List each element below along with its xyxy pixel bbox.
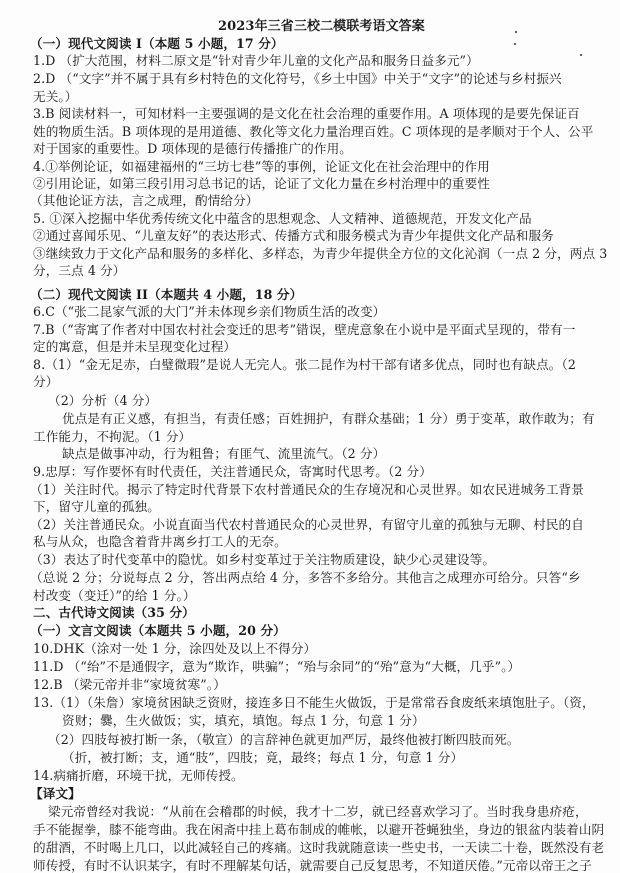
answer-q9-line2: （1）关注时代。揭示了特定时代背景下农村普通民众的生存境况和心灵世界。如农民进城… [30,482,584,498]
answer-q13-line4: （折，被打断；支，通“肢”，四肢；竟，最终；每点 1 分，句意 1 分） [62,750,463,766]
answer-q5-line2: ②通过喜闻乐见、“儿童友好”的表达形式、传播方式和服务模式为青少年提供文化产品和… [33,228,554,244]
answer-q3-line3: 对于国家的重要性。D 项体现的是德行传播推广的作用。 [33,141,352,157]
section-heading-classical-reading: 二、古代诗文阅读（35 分） [33,605,195,621]
answer-q9-line8: 村改变（变迁）”的给 1 分。） [33,588,196,604]
answer-q4-line2: ②引用论证，如第三段引用习总书记的话，论证了文化力量在乡村治理中的重要性 [33,176,490,192]
answer-q4-line3: （其他论证方法，言之成理，酌情给分） [30,193,259,209]
answer-q7-line1: 7.B（“寄寓了作者对中国农村社会变迁的思考”错误，壁虎意象在小说中是平面式呈现… [33,322,575,338]
translation-line1: 梁元帝曾经对我说：“从前在会稽郡的时候，我才十二岁，就已经喜欢学习了。当时我身患… [48,804,588,820]
translation-line4: 师传授，有时不认识某字，有时不理解某句话，就需要自己反复思考，不知道厌倦。”元帝… [33,858,592,873]
answer-q2-line2: 无关。） [33,89,77,105]
answer-q8-line3: （2）分析（4 分） [48,393,157,409]
translation-line2: 手不能握拳，膝不能弯曲。我在闲斋中挂上葛布制成的帷帐，以避开苍蝇独坐，身边的银盆… [33,822,604,838]
answer-q3-line2: 姓的物质生活。B 项体现的是用道德、教化等文化力量治理百姓。C 项体现的是孝顺对… [33,124,593,140]
answer-q8-line4: 优点是有正义感，有担当，有责任感；百姓拥护，有群众基础；1 分）勇于变革，敢作敢… [62,411,595,427]
section-heading-classical-prose: （一）文言文阅读（本题共 5 小题，20 分） [30,623,286,639]
answer-q8-line1: 8.（1）“金无足赤，白璧微瑕”是说人无完人。张二昆作为村干部有诸多优点，同时也… [33,357,576,373]
answer-q13-line2: 资财；爨，生火做饭；实，填充，填饱。每点 1 分，句意 1 分） [62,713,425,729]
answer-q9-line5: 私与从众，也隐含着背井离乡打工人的无奈。 [33,534,287,550]
answer-q12: 12.B （梁元帝并非“家境贫寒”。） [33,677,226,693]
answer-q13-line1: 13.（1）（朱詹）家境贫困缺乏资财，接连多日不能生火做饭，于是常常吞食废纸来填… [33,695,595,711]
document-title: 2023年三省三校二模联考语文答案 [218,19,425,35]
answer-document-page: 2023年三省三校二模联考语文答案 （一）现代文阅读 I（本题 5 小题，17 … [0,0,620,873]
answer-q9-line4: （2）关注普通民众。小说直面当代农村普通民众的心灵世界，有留守儿童的孤独与无聊、… [30,517,584,533]
scan-speck [580,54,582,56]
answer-q1: 1.D （扩大范围，材料二原文是“针对青少年儿童的文化产品和服务日益多元”） [33,53,479,69]
translation-line3: 的甜酒，不时喝上几口，以此减轻自己的疼痛。这时我就随意读一些史书，一天读二十卷，… [33,840,604,856]
answer-q9-line1: 9.忠厚：写作要怀有时代责任，关注普通民众，寄寓时代思考。（2 分） [33,464,432,480]
section-heading-modern-reading-2: （二）现代文阅读 II（本题共 4 小题，18 分） [30,287,302,303]
answer-q9-line7: （总说 2 分；分说每点 2 分，答出两点给 4 分，多答不多给分。其他言之成理… [30,570,581,586]
answer-q10: 10.DHK（涂对一处 1 分，涂四处及以上不得分） [33,641,316,657]
answer-q3-line1: 3.B 阅读材料一，可知材料一主要强调的是文化在社会治理的重要作用。A 项体现的… [33,106,580,122]
section-heading-modern-reading-1: （一）现代文阅读 I（本题 5 小题，17 分） [30,36,284,52]
answer-q13-line3: （2）四肢每被打断一条，（敬宣）的言辞神色就更加严厉，最终他被打断四肢而死。 [48,732,519,748]
answer-q6: 6.C（“张二昆家气派的大门”并未体现乡亲们物质生活的改变） [33,304,385,320]
answer-q8-line5: 工作能力，不拘泥。（1 分） [33,429,191,445]
answer-q2-line1: 2.D （“文字”并不属于具有乡村特色的文化符号，《乡土中国》中关于“文字”的论… [33,71,562,87]
answer-q4-line1: 4.①举例论证，如福建福州的“三坊七巷”等的事例，论证文化在社会治理中的作用 [33,159,490,175]
answer-q8-line6: 缺点是做事冲动，行为粗鲁；有匪气、流里流气。（2 分） [62,446,385,462]
answer-q5-line1: 5. ①深入挖掘中华优秀传统文化中蕴含的思想观念、人文精神、道德规范，开发文化产… [33,211,532,227]
answer-q9-line3: 下，留守儿童的孤独。 [33,499,160,515]
answer-q5-line4: 分，三点 4 分） [33,263,125,279]
answer-q11: 11.D （“绐”不是通假字，意为“欺诈，哄骗”；“殆与余同”的“殆”意为“大概… [33,659,520,675]
scan-speck [515,31,517,33]
answer-q8-line2: 分） [33,374,58,390]
answer-q9-line6: （3）表达了时代变革中的隐忧。如乡村变革过于关注物质建设，缺少心灵建设等。 [30,552,495,568]
answer-q5-line3: ③继续致力于文化产品和服务的多样化、多样态，为青少年提供全方位的文化沁润（一点 … [33,246,607,262]
translation-label: 【译文】 [30,786,81,802]
scan-speck [514,43,516,45]
answer-q14: 14.病痛折磨，环境干扰，无师传授。 [33,768,244,784]
answer-q7-line2: 定的寓意，但是并未呈现变化过程） [33,339,236,355]
